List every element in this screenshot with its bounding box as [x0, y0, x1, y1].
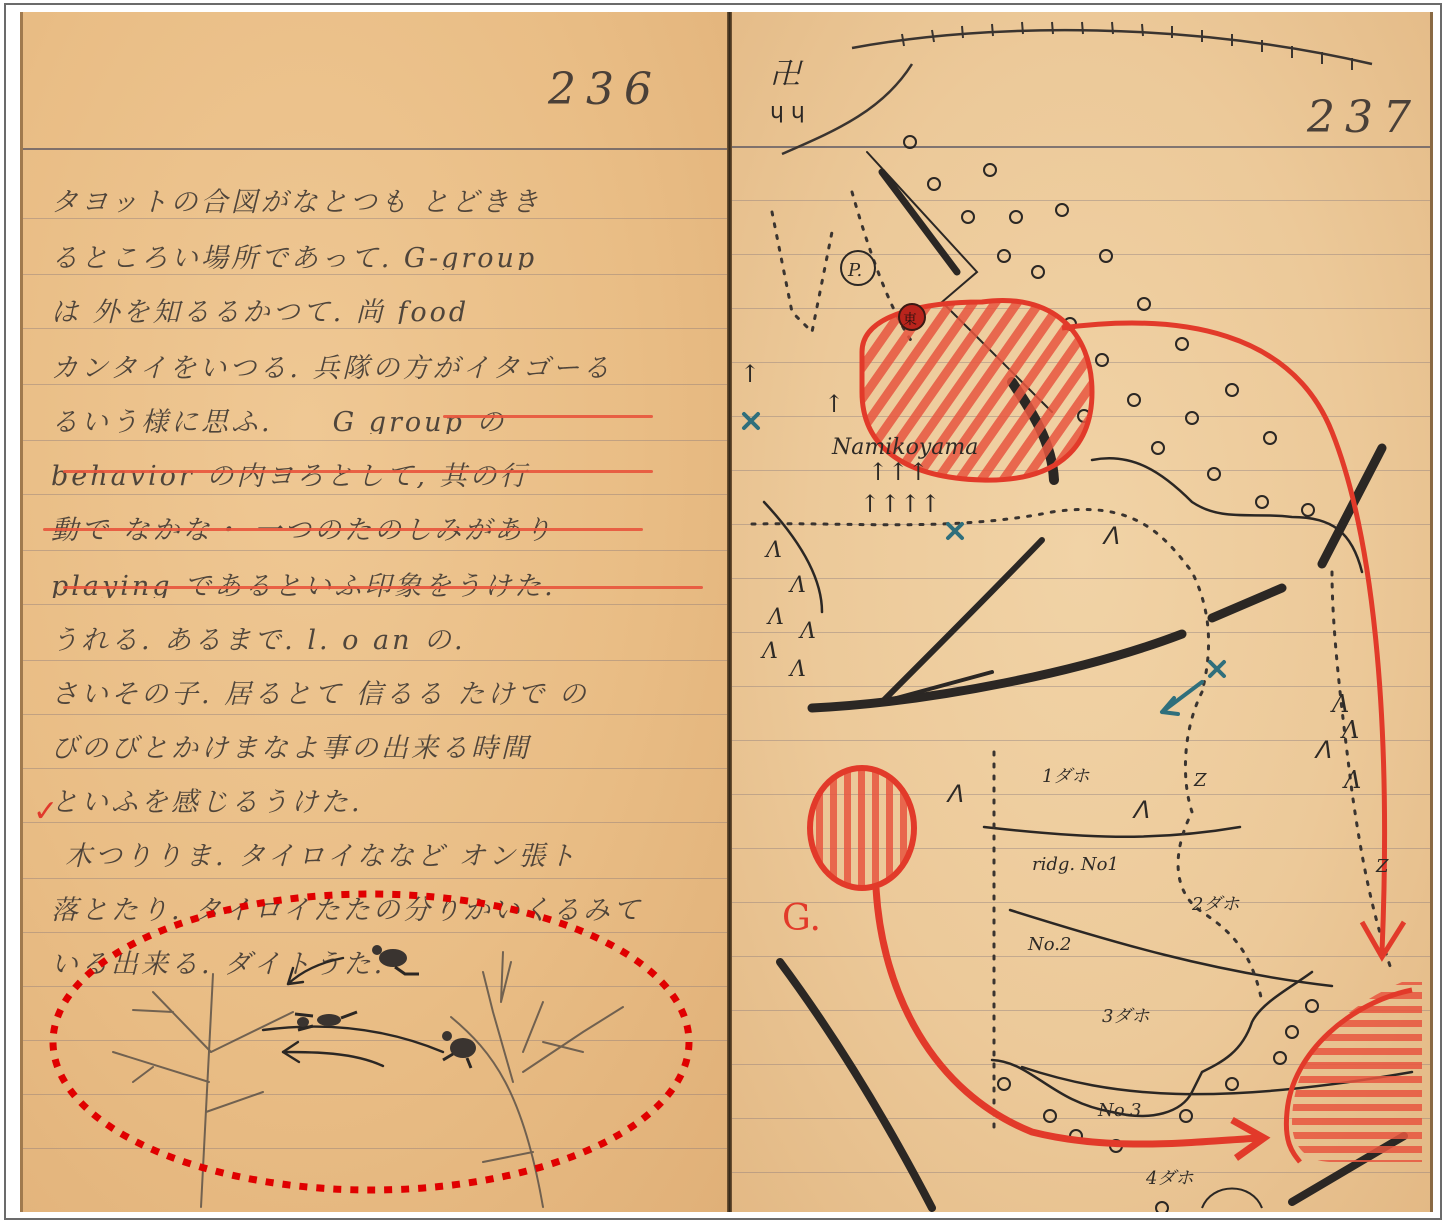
arrow-upper-icon: [288, 958, 343, 984]
z-mark-1: Z: [1193, 770, 1207, 791]
temple-symbol: 卍: [770, 57, 804, 92]
valley-3-label: 3ダホ: [1102, 1006, 1150, 1027]
tree-symbols: [904, 136, 1318, 1212]
valley-4-label: 4ダホ: [1145, 1168, 1194, 1189]
svg-text:↑↑↑: ↑↑↑: [868, 458, 928, 486]
ridge-no1: [984, 827, 1240, 837]
g-group-location: [810, 768, 914, 888]
svg-text:Λ: Λ: [760, 639, 778, 664]
ridge-no1-label: ridg. No1: [1032, 854, 1119, 875]
svg-text:Λ: Λ: [764, 538, 782, 563]
svg-text:ⴷ: ⴷ: [1132, 796, 1149, 824]
svg-text:ⴷ: ⴷ: [946, 780, 963, 808]
sketch-map: 卍 ɥ ɥ: [732, 12, 1430, 1212]
ridge-thick-left: [780, 962, 932, 1208]
ridge-no2-label: No.2: [1027, 934, 1071, 955]
p-marker-label: P.: [847, 260, 862, 281]
arrow-lower-icon: [283, 1052, 383, 1066]
svg-text:↑: ↑: [740, 360, 760, 388]
z-mark-2: Z: [1375, 856, 1389, 877]
svg-text:Λ: Λ: [1342, 766, 1361, 794]
svg-text:ⴷ: ⴷ: [1102, 522, 1119, 550]
right-page-map: 237 卍 ɥ ɥ: [732, 12, 1433, 1212]
red-dotted-highlight-ellipse: [53, 894, 689, 1190]
svg-text:ⴷ: ⴷ: [1314, 736, 1331, 764]
grass-symbols: ɥ ɥ: [770, 99, 805, 124]
valley-2-label: 2ダホ: [1191, 894, 1240, 915]
svg-text:Λ: Λ: [1340, 716, 1359, 744]
svg-text:Λ: Λ: [788, 573, 806, 598]
left-page: 236 タヨットの合図がなとつも とどきき るところい場所であって. G-gro…: [20, 12, 731, 1212]
svg-text:Λ: Λ: [798, 619, 816, 644]
tree-left-icon: [113, 974, 293, 1207]
monkey-tree-sketch: [23, 12, 731, 1212]
red-arrow-bottom: [876, 888, 1260, 1144]
east-marker-label: 東: [903, 311, 917, 328]
svg-text:Λ: Λ: [788, 657, 806, 682]
svg-text:Λ: Λ: [766, 605, 784, 630]
svg-text:↑: ↑: [824, 390, 844, 418]
valley-1-label: 1ダホ: [1042, 766, 1090, 787]
g-label: G.: [782, 898, 821, 939]
namikoyama-label: Namikoyama: [831, 435, 978, 460]
shelter-symbols: ⴷⴷ ⴷⴷ ΛΛΛ: [946, 522, 1361, 824]
ridge-no3-label: No.3: [1097, 1100, 1141, 1121]
boundary-arc: [852, 30, 1372, 64]
svg-text:Λ: Λ: [1330, 690, 1349, 718]
svg-text:↑↑↑↑: ↑↑↑↑: [860, 490, 940, 518]
